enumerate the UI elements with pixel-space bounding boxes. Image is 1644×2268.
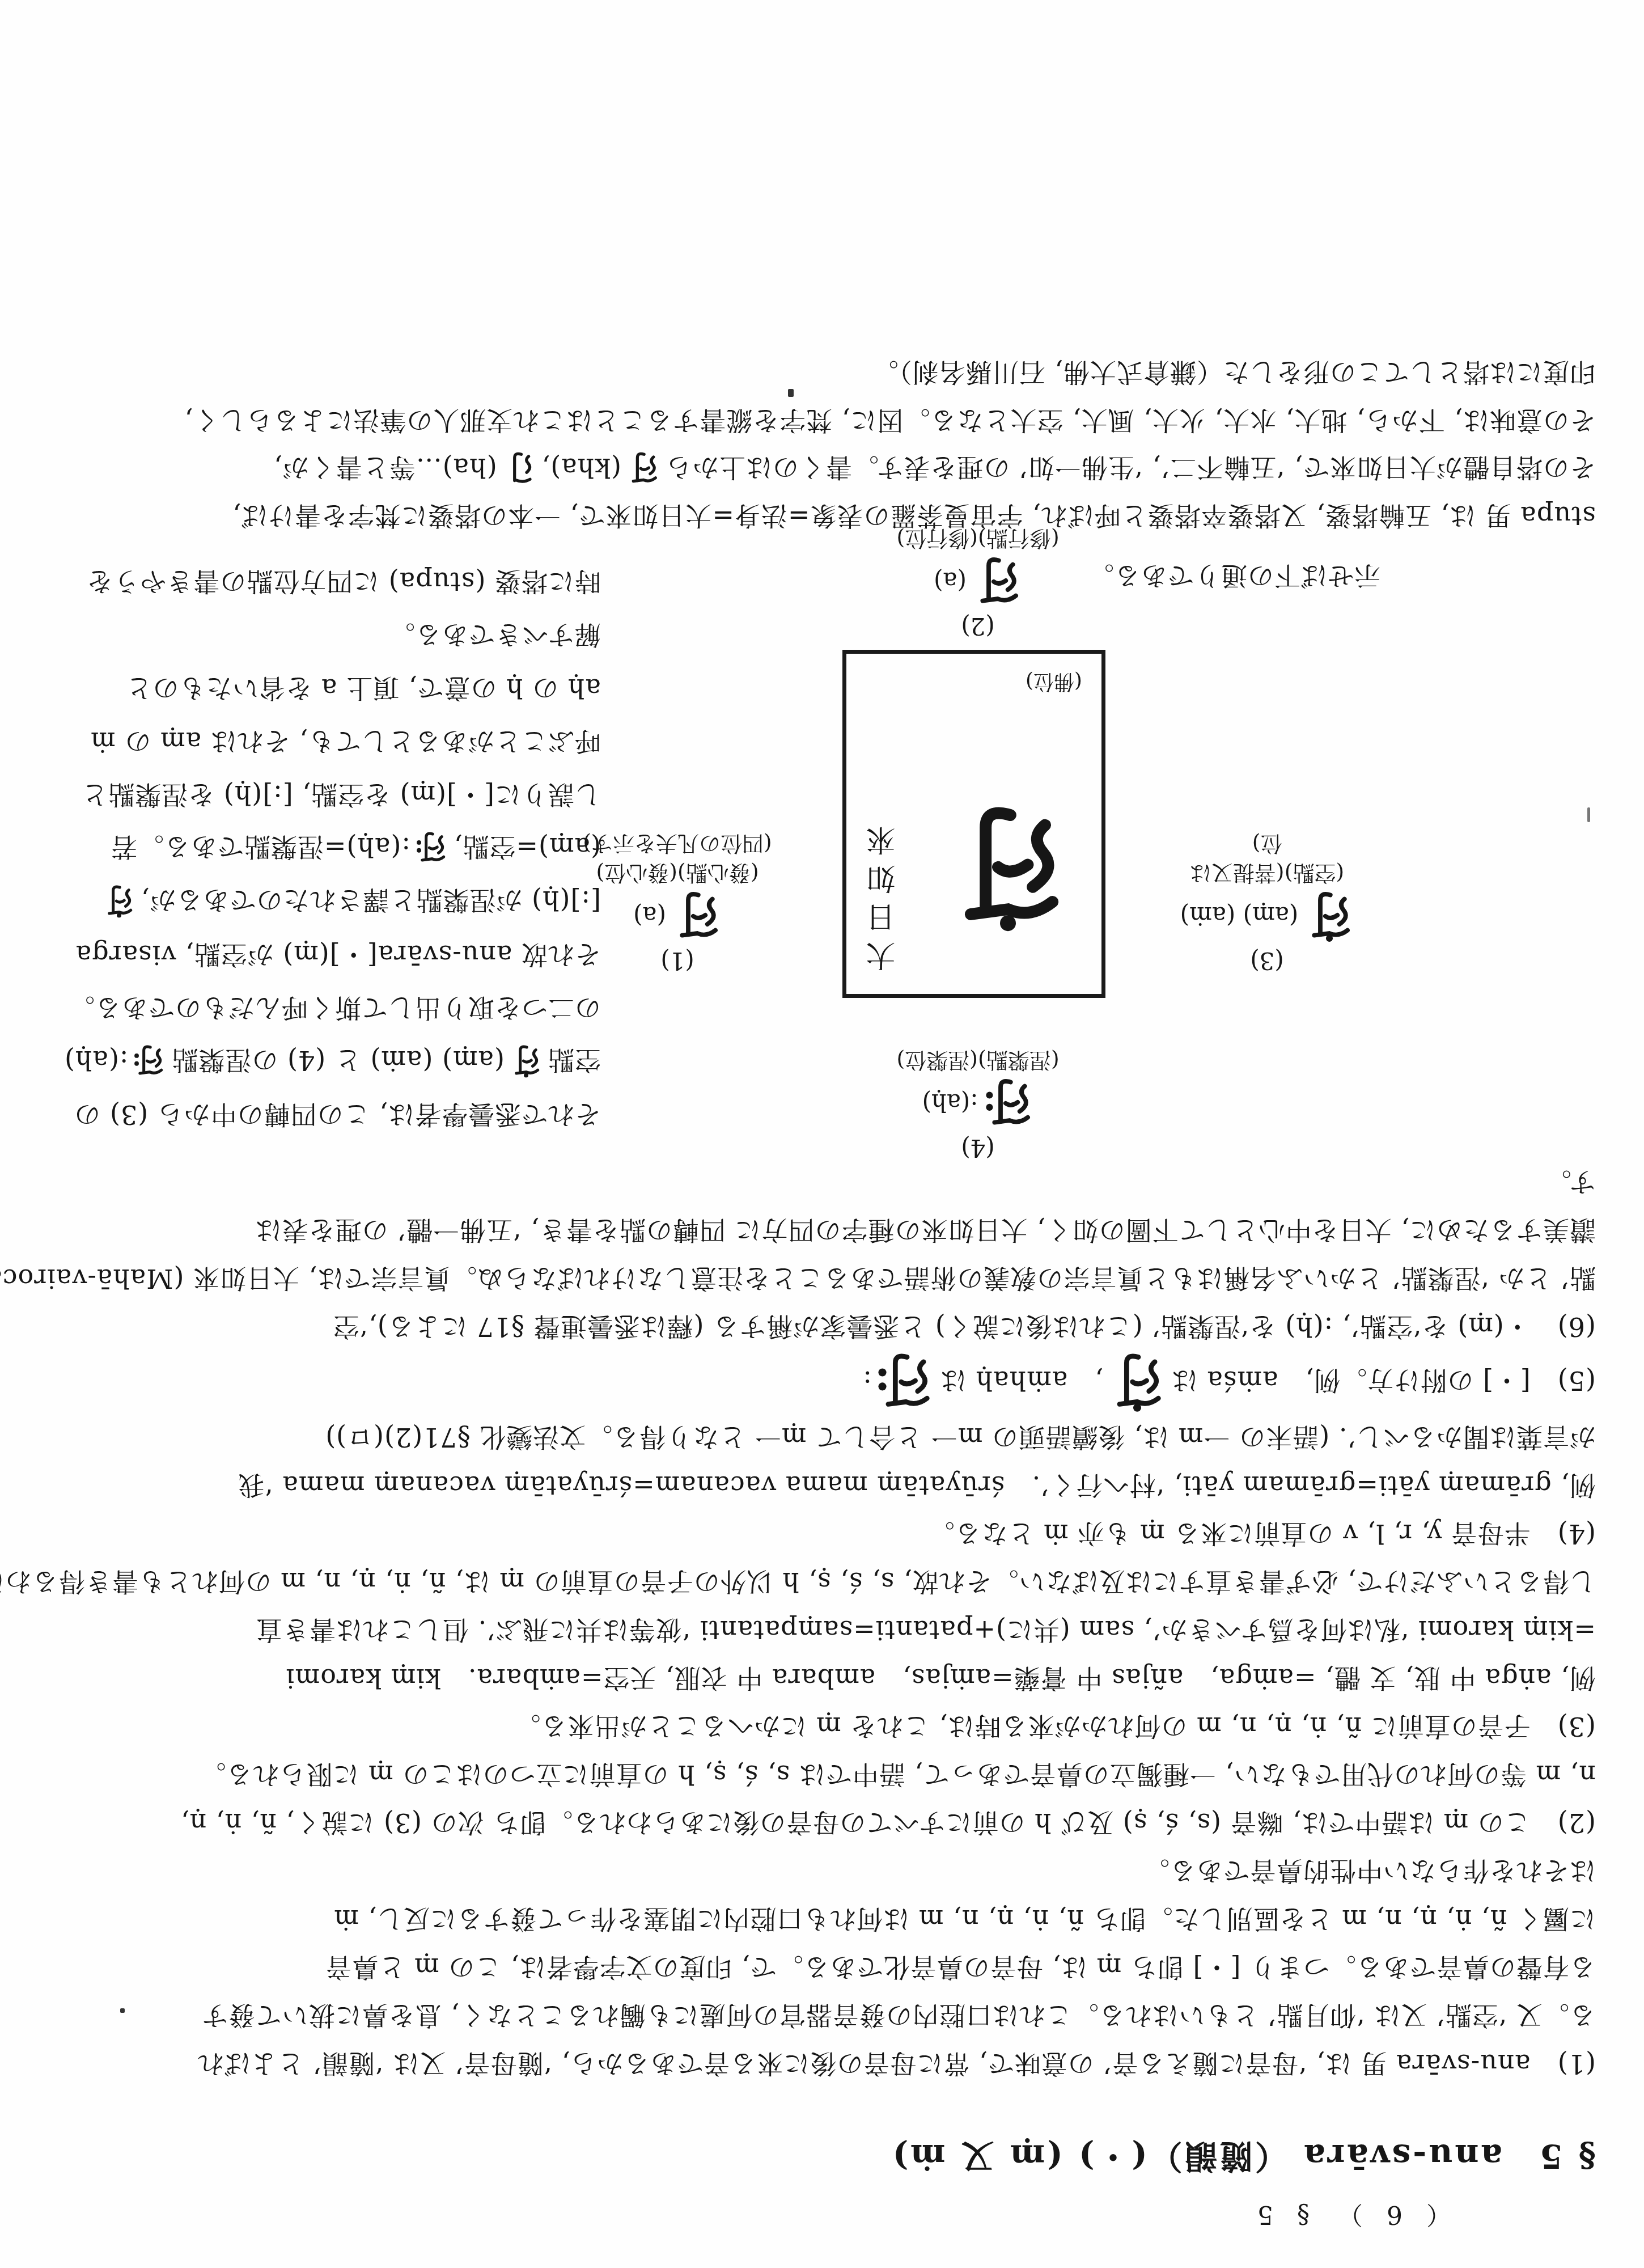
- body-line: (4) 半母音 y, r, l, v の直前に來る ṃ も亦 ṁ となる。: [43, 1517, 1596, 1551]
- figure-group-3-bodhi: (3) (aṃ) (aṁ) (空點)(菩提又は 位): [1134, 829, 1400, 975]
- figure-group-2-shugyo: (2) (a) (修行點)(修行位): [850, 524, 1105, 641]
- siddham-ha-glyph: [503, 450, 536, 486]
- body-line: (2) この ṃ は語中では, 噝音 (s, ś, ṣ) 及び h の前にすべて…: [43, 1806, 1596, 1840]
- figure-label: (涅槃點)(涅槃位): [850, 1046, 1105, 1075]
- column-text: 空點: [548, 1044, 601, 1077]
- figure-group-1-hosshin: (1) (a) (發心點)(發心位) (四位の凡夫を示す): [544, 829, 811, 975]
- body-line-with-glyphs: (5) [・] の附け方。例, aṁśa は , aṁhaḥ は :: [43, 1347, 1596, 1415]
- siddham-amsa-glyph: [1109, 1349, 1166, 1412]
- figure-romanization: (aṃ) (aṁ): [1180, 900, 1299, 930]
- figure-group-number: (1): [544, 946, 811, 975]
- column-line: aḥ の ḥ の意で, 頂上 a を省いたものと: [126, 672, 601, 705]
- figure-group-number: (3): [1134, 946, 1400, 975]
- column-line: 時に塔婆 (stupa) に四方位點の書きやうを: [86, 565, 601, 598]
- body-text: その塔自體が大日如來で, ‘五輪不二’, ‘生佛一如’ の理を表す。書くのは上か…: [666, 451, 1596, 485]
- figure-group-4-nirvana: (4) :(aḥ) (涅槃點)(涅槃位): [850, 1046, 1105, 1162]
- body-line: 例, aṅga 中 肢, 支 體, =aṁga, añjas 中 膏藥=aṁja…: [43, 1661, 1596, 1695]
- body-line: 讃美するために, 大日を中心として下圖の如く, 大日如來の種字の四方に 四轉の點…: [43, 1213, 1596, 1247]
- siddham-seed-syllable-glyph: [948, 798, 1067, 932]
- column-text: :(aḥ): [64, 1044, 128, 1077]
- column-line: それで悉曇學者は, この四轉の中から (3) の: [74, 1098, 601, 1131]
- column-line-with-glyphs: 空點 (aṃ) (aṁ) と (4) の涅槃點 :(aḥ): [64, 1043, 601, 1078]
- figure-label: (空點)(菩提又は: [1134, 858, 1400, 888]
- body-line: が言葉は聞かるべし’. (語末の 一m は, 後續語頭の m一 と合して ṃ一 …: [43, 1420, 1596, 1454]
- wrapped-sentence-end: 示せば下の通りである。: [1087, 560, 1380, 593]
- body-line: (3) 子音の直前に ñ, ṅ, ṇ, n, m の何れかが來る時は, これを …: [43, 1710, 1596, 1744]
- body-line: はそれを作らない中性的鼻音である。: [43, 1854, 1596, 1888]
- body-line: =kiṃ karomi ‘私は何を爲すべきか’, sam (共に)+patant…: [43, 1613, 1596, 1647]
- body-line: 例, grāmaṃ yāti=grāmam yāti, ‘村へ行く’. śrūy…: [43, 1469, 1596, 1503]
- body-line: n, m 等の何れの代用でもない, 一種獨立の鼻音であって, 語中では s, ś…: [43, 1758, 1596, 1792]
- column-line: 解すべきである。: [388, 619, 601, 651]
- figure-romanization: (a): [934, 566, 967, 595]
- column-line-with-glyphs: (aṃ)=空點, :(aḥ)=涅槃點である。若: [111, 830, 601, 865]
- figure-label: 位): [1134, 829, 1400, 858]
- figure-label: (發心點)(發心位): [544, 858, 811, 888]
- buddha-rank-label: (佛位): [1026, 668, 1082, 697]
- body-line: す。: [1545, 1165, 1596, 1199]
- siddham-ah-glyph: [416, 830, 448, 865]
- body-line: stupa 男 は, 五輪塔婆, 又塔婆卒塔婆と呼ばれ, 宇宙曼荼羅の表象=法身…: [43, 499, 1596, 533]
- body-line: その意味は, 下から, 地大, 水大, 火大, 風大, 空大となる。因に, 梵字…: [43, 404, 1596, 438]
- siddham-a-long-glyph: [973, 553, 1022, 608]
- body-line: 點’ とか ‘涅槃點’ とかいふ名稱はもと眞言宗の敎義の術語であることを注意しな…: [43, 1262, 1596, 1296]
- body-line: に屬く ñ, ṅ, ṇ, n, m とを區別した。卽ち ñ, ṅ, ṇ, n, …: [43, 1902, 1596, 1936]
- siddham-am-glyph: [510, 1043, 542, 1078]
- figure-group-number: (4): [850, 1133, 1105, 1162]
- body-text: (ha)…等と書くが,: [273, 451, 497, 485]
- column-line-with-glyphs: [:](ḥ) が涅槃點と譯されたのであるが,: [103, 883, 601, 918]
- siddham-kha-glyph: [627, 450, 660, 486]
- scan-speck: [120, 2008, 125, 2013]
- siddham-am-glyph: [1305, 888, 1354, 942]
- column-line: 呼ぶことがあるとしても, それは aṃ の ṁ: [90, 725, 601, 758]
- siddham-amhah-glyph: [878, 1349, 934, 1412]
- scan-speck: [788, 389, 794, 397]
- column-text: (aṃ) (aṁ) と (4) の涅槃點: [171, 1044, 505, 1077]
- glyph-line-end: :: [863, 1364, 872, 1398]
- body-line: (6) ・(ṃ) を‘空點’, :(ḥ) を‘涅槃點’ (これは後に說く) と悉…: [43, 1310, 1596, 1344]
- column-text: :(aḥ)=涅槃點である。若: [111, 831, 410, 864]
- siddham-ah-glyph: [985, 1075, 1034, 1129]
- body-line: 印度には塔としてこの形をした（鎌倉式大佛, 石川縣名刹）。: [43, 356, 1596, 390]
- page-number-header: （ 6 ） § 5: [1249, 2199, 1451, 2235]
- section-title: § 5 anu-svāra （隨韻）(・) (ṃ 又 ṁ): [891, 2135, 1596, 2183]
- dainichi-nyorai-label: 大日如來: [862, 817, 905, 971]
- column-text: [:](ḥ) が涅槃點と譯されたのであるが,: [141, 884, 601, 917]
- glyph-line-pre: (5) [・] の附け方。例, aṁśa は: [1171, 1364, 1596, 1398]
- figure-romanization: (a): [633, 900, 666, 930]
- body-line: (1) anu-svāra 男 は, ‘母音に隨える音’ の意味で, 常に母音の…: [43, 2047, 1596, 2081]
- column-line: それ故 anu-svāra[・](ṃ) が空點, visarga: [75, 938, 601, 971]
- column-line: し誤りに[・](ṃ) を空點, [:](ḥ) を涅槃點と: [81, 778, 601, 811]
- dainichi-center-box: 大日如來 (佛位): [842, 650, 1105, 998]
- body-line-with-glyphs: その塔自體が大日如來で, ‘五輪不二’, ‘生佛一如’ の理を表す。書くのは上か…: [43, 448, 1596, 488]
- figure-group-number: (2): [850, 611, 1105, 641]
- siddham-a-glyph: [673, 888, 722, 942]
- scan-speck: [1587, 807, 1590, 822]
- glyph-line-mid: , aṁhaḥ は: [940, 1364, 1103, 1398]
- body-line: る。又 ‘空點’ 又は ‘仰月點’ ともいはれる。これは口腔内の發音器官の何處に…: [43, 1999, 1596, 2033]
- body-line: る有聲の鼻音である。つまり [・] 卽ち ṃ は, 母音の鼻音化である。で, 印…: [43, 1950, 1596, 1984]
- scanned-page-rotated-180: （ 6 ） § 5 § 5 anu-svāra （隨韻）(・) (ṃ 又 ṁ) …: [0, 0, 1644, 2268]
- figure-romanization: :(aḥ): [922, 1088, 978, 1117]
- siddham-ah-glyph: [134, 1043, 166, 1078]
- siddham-am-glyph: [103, 883, 135, 918]
- body-text: (kha),: [541, 451, 621, 485]
- body-line: し得るといふだけで, 必ず書き直すには及ばない。それ故, s, ś, ṣ, h …: [43, 1565, 1596, 1599]
- column-text: (aṃ)=空點,: [454, 831, 601, 864]
- column-line: の二つを取り出して斯く呼んだものである。: [68, 992, 601, 1025]
- figure-label: (四位の凡夫を示す): [544, 829, 811, 858]
